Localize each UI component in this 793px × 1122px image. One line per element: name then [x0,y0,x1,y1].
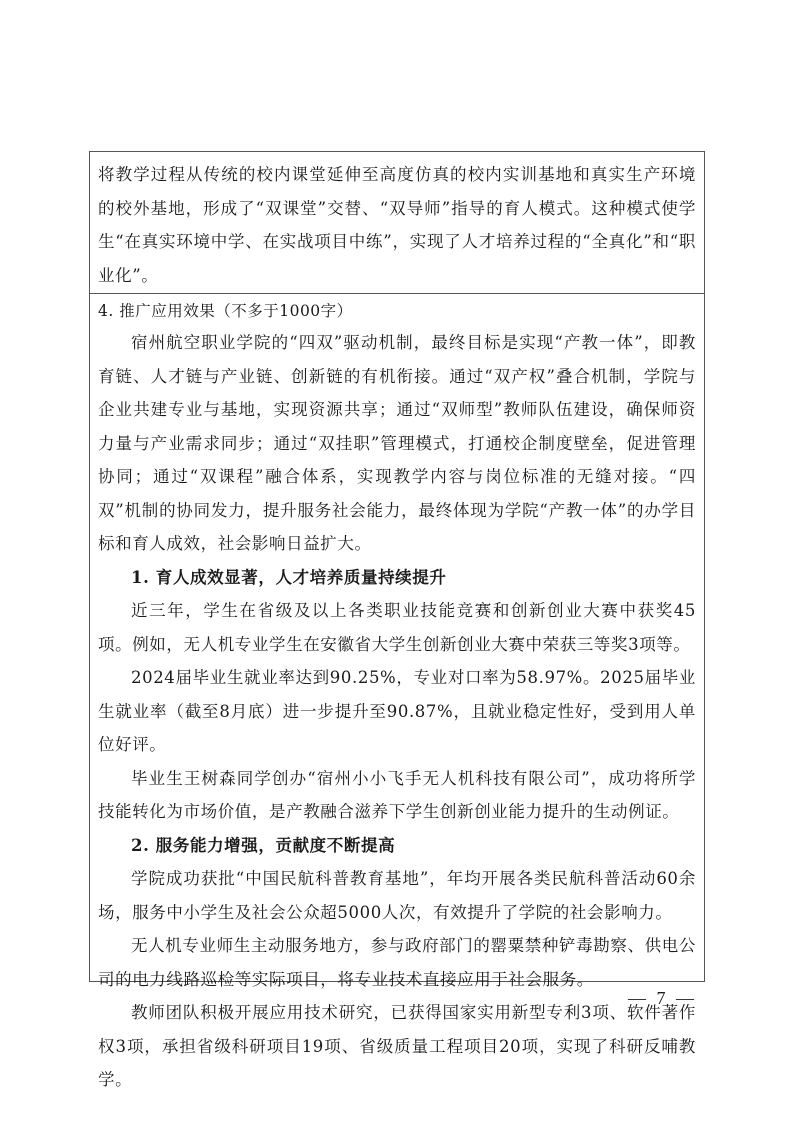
paragraph: 近三年，学生在省级及以上各类职业技能竞赛和创新创业大赛中获奖45项。例如，无人机… [98,594,696,661]
content-table: 将教学过程从传统的校内课堂延伸至高度仿真的校内实训基地和真实生产环境的校外基地，… [89,151,705,982]
subsection-heading-1: 1. 育人成效显著，人才培养质量持续提升 [98,561,696,595]
paragraph: 2024届毕业生就业率达到90.25%，专业对口率为58.97%。2025届毕业… [98,661,696,762]
previous-section-cell: 将教学过程从传统的校内课堂延伸至高度仿真的校内实训基地和真实生产环境的校外基地，… [90,152,704,294]
page-number: — 7 — [628,988,697,1009]
continued-paragraph: 将教学过程从传统的校内课堂延伸至高度仿真的校内实训基地和真实生产环境的校外基地，… [98,158,696,292]
paragraph: 教师团队积极开展应用技术研究，已获得国家实用新型专利3项、软件著作权3项，承担省… [98,996,696,1097]
paragraph: 无人机专业师生主动服务地方，参与政府部门的罂粟禁种铲毒勘察、供电公司的电力线路巡… [98,929,696,996]
intro-paragraph: 宿州航空职业学院的“四双”驱动机制，最终目标是实现“产教一体”，即教育链、人才链… [98,326,696,561]
promotion-effects-cell: 4. 推广应用效果（不多于1000字） 宿州航空职业学院的“四双”驱动机制，最终… [90,294,704,981]
subsection-heading-2: 2. 服务能力增强，贡献度不断提高 [98,829,696,863]
paragraph: 学院成功获批“中国民航科普教育基地”，年均开展各类民航科普活动60余场，服务中小… [98,862,696,929]
section-title: 4. 推广应用效果（不多于1000字） [98,296,696,326]
paragraph: 毕业生王树森同学创办“宿州小小飞手无人机科技有限公司”，成功将所学技能转化为市场… [98,762,696,829]
